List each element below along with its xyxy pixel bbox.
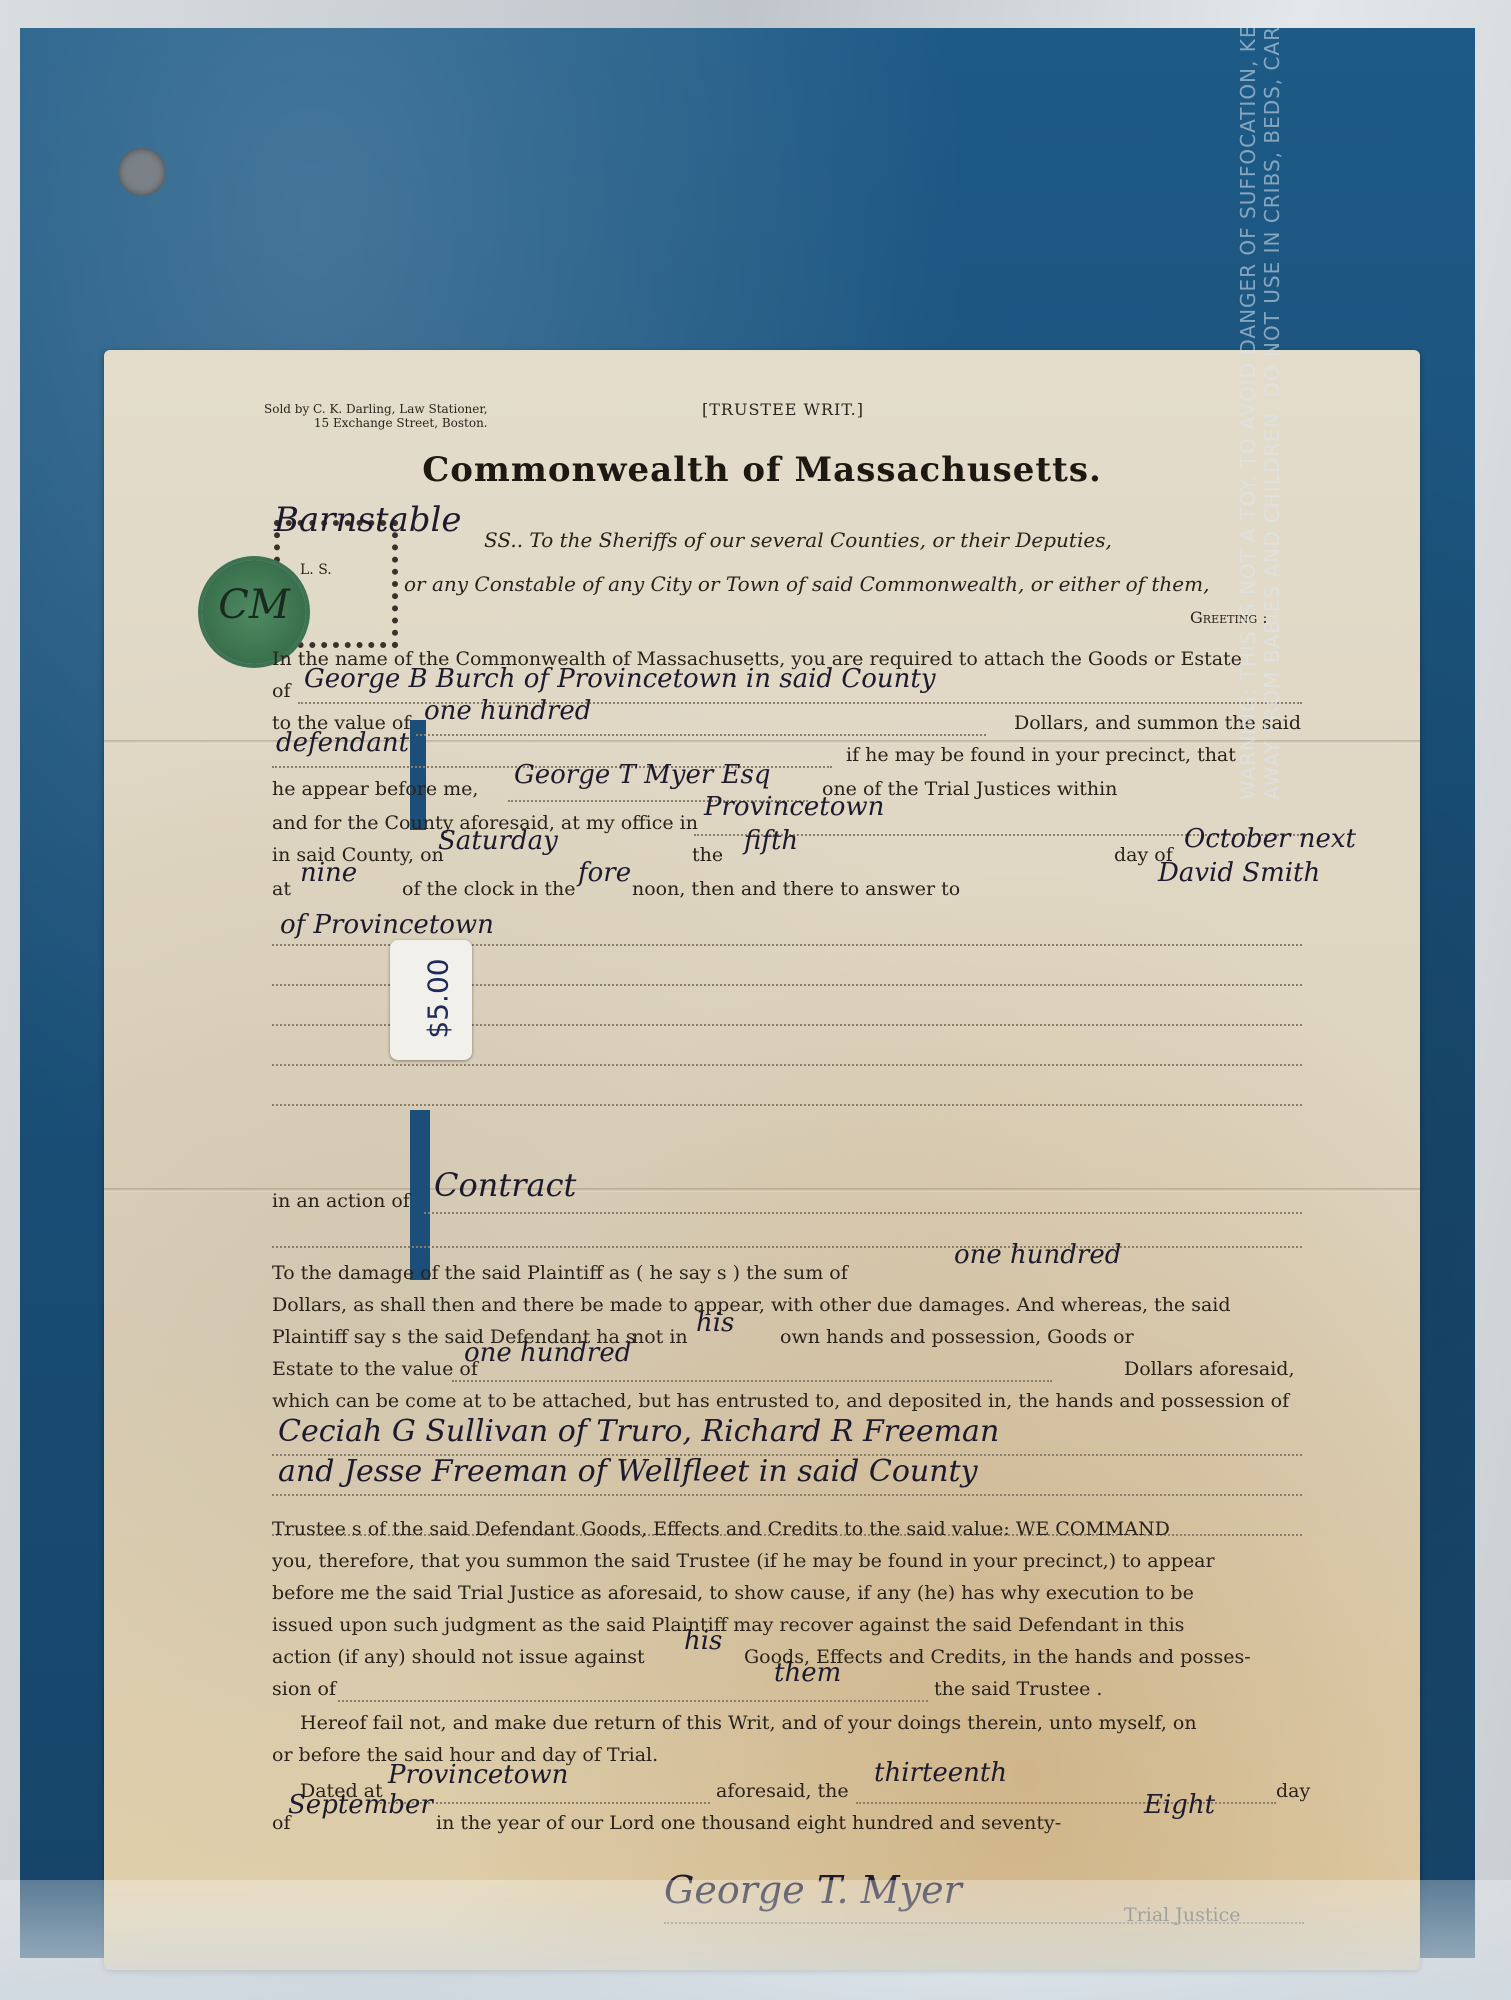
salutation-line-1: SS.. To the Sheriffs of our several Coun… <box>484 528 1112 552</box>
hearing-fore-after: fore <box>578 858 631 888</box>
dated-day: thirteenth <box>874 1758 1007 1788</box>
summon-party: defendant <box>276 728 409 758</box>
hearing-day: fifth <box>744 826 798 856</box>
plaintiff-residence: of Provincetown <box>280 910 494 940</box>
dated-year: Eight <box>1144 1790 1215 1820</box>
office-town: Provincetown <box>704 792 884 822</box>
document-title: Commonwealth of Massachusetts. <box>104 450 1420 490</box>
estate-value: one hundred <box>464 1338 631 1368</box>
plaintiff-name: David Smith <box>1158 858 1320 888</box>
sleeve-warning-line-1: WARNING: THIS IS NOT A TOY. TO AVOID DAN… <box>1236 0 1260 800</box>
county-handwritten: Barnstable <box>274 500 462 540</box>
trial-justice-name: George T Myer Esq <box>514 760 771 790</box>
price-tag-text: $5.00 <box>422 958 455 1038</box>
punch-hole <box>118 148 166 196</box>
seal-monogram: CM <box>202 582 306 628</box>
trustee-writ-document: Sold by C. K. Darling, Law Stationer, 15… <box>104 350 1420 1970</box>
hearing-weekday: Saturday <box>438 826 558 856</box>
price-tag: $5.00 <box>390 940 472 1060</box>
paper-tear <box>410 1110 430 1280</box>
hearing-hour: nine <box>300 858 357 888</box>
trustees-line-2: and Jesse Freeman of Wellfleet in said C… <box>278 1454 978 1489</box>
stationer-imprint: Sold by C. K. Darling, Law Stationer, 15… <box>264 402 488 430</box>
sleeve-warning-line-2: AWAY FROM BABIES AND CHILDREN. DO NOT US… <box>1260 0 1284 800</box>
locus-sigilli-label: L. S. <box>300 562 332 578</box>
defendant-name: George B Burch of Provincetown in said C… <box>304 664 936 694</box>
damage-amount: one hundred <box>954 1240 1121 1270</box>
trustees-line-1: Ceciah G Sullivan of Truro, Richard R Fr… <box>278 1414 999 1449</box>
hearing-month: October next <box>1184 824 1356 854</box>
attach-value: one hundred <box>424 696 591 726</box>
possession-value: them <box>774 1658 841 1688</box>
writ-type-label: [TRUSTEE WRIT.] <box>702 400 864 419</box>
dated-place: Provincetown <box>388 1760 568 1790</box>
salutation-line-2: or any Constable of any City or Town of … <box>404 572 1209 596</box>
action-type: Contract <box>434 1166 576 1204</box>
sleeve-bottom-fold <box>0 1880 1511 2000</box>
dated-month: September <box>288 1790 433 1820</box>
